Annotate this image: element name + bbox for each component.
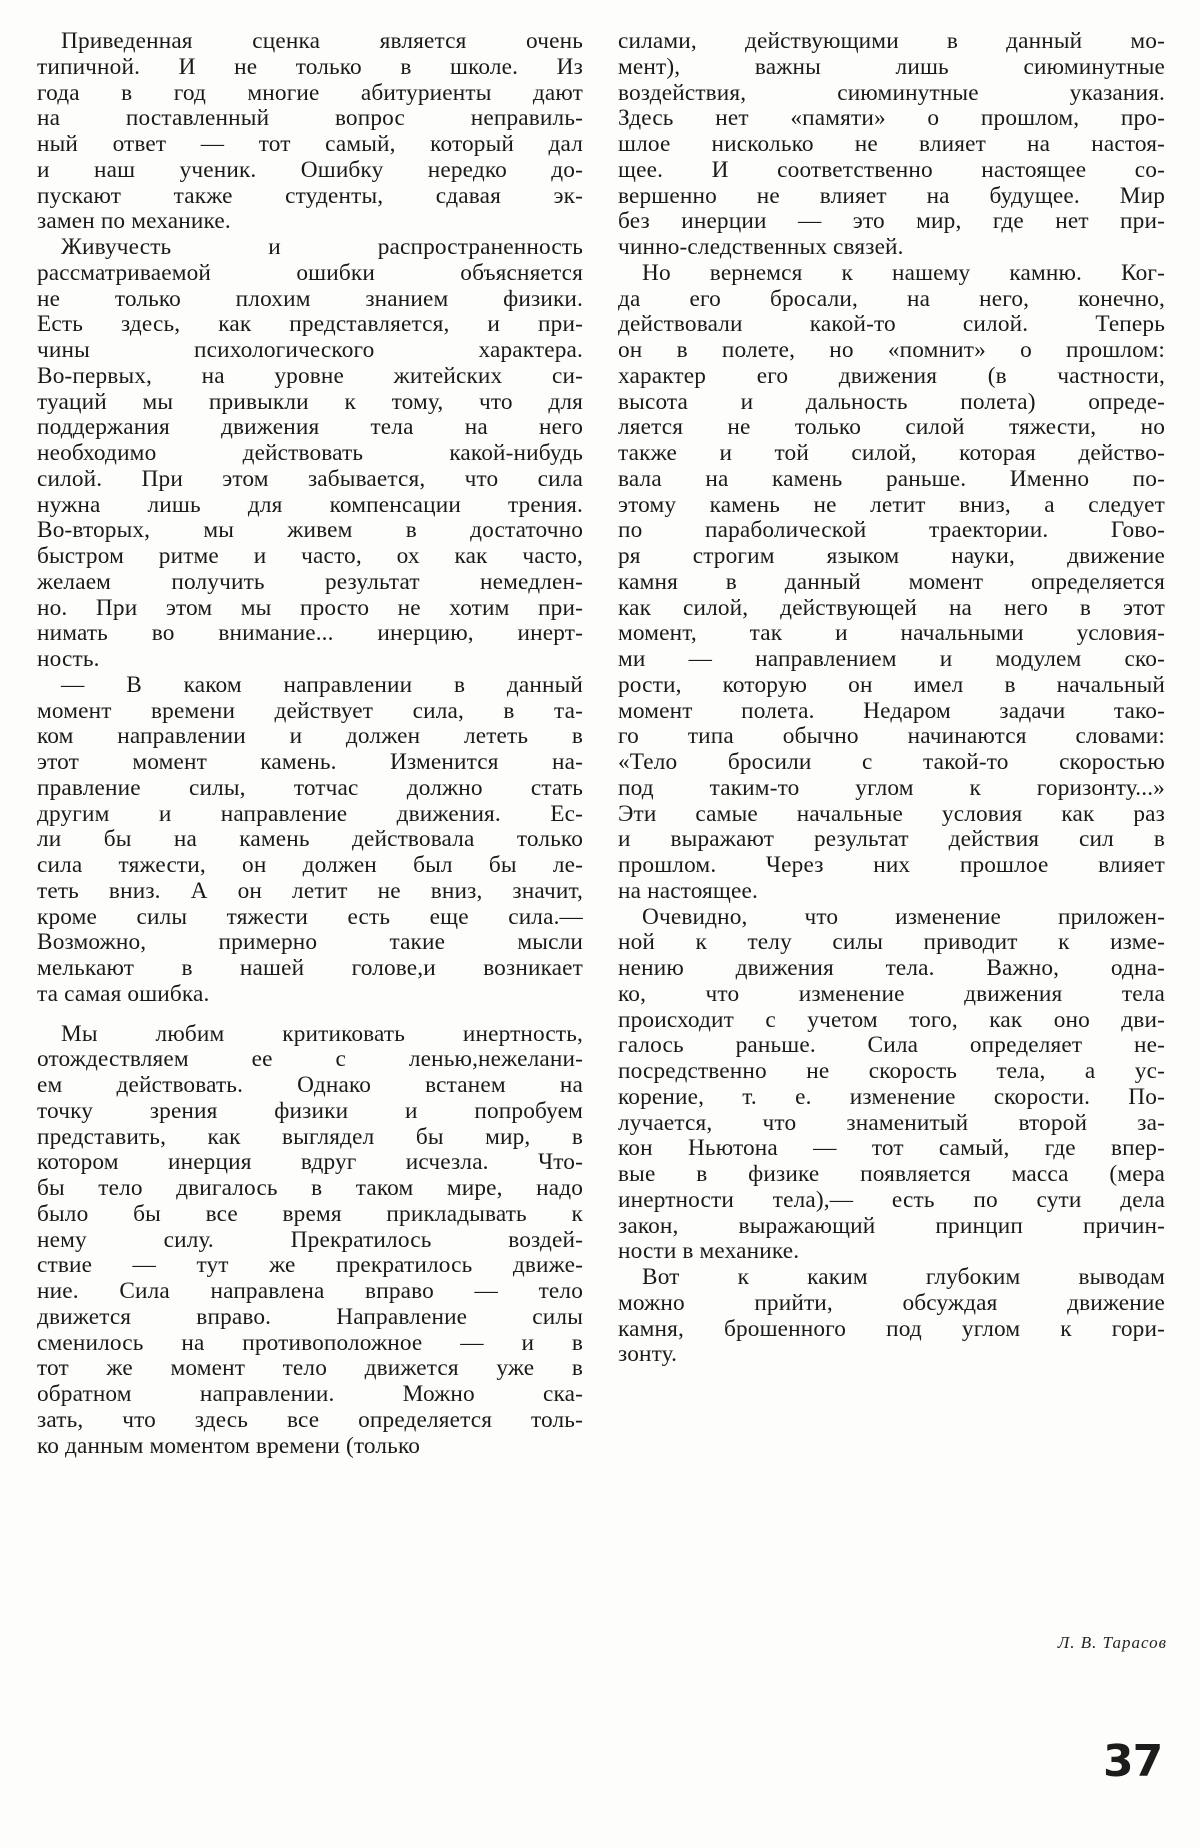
text-line: Вот к каким глубоким выводам — [618, 1265, 1165, 1291]
text-line: вала на камень раньше. Именно по- — [618, 467, 1165, 493]
text-line: этому камень не летит вниз, а следует — [618, 493, 1165, 519]
text-line: ко данным моментом времени (только — [37, 1434, 583, 1460]
text-line: щее. И соответственно настоящее со- — [618, 158, 1165, 184]
text-line: туаций мы привыкли к тому, что для — [37, 390, 583, 416]
text-line: воздействия, сиюминутные указания. — [618, 81, 1165, 107]
text-line: правление силы, тотчас должно стать — [37, 776, 583, 802]
text-line: рассматриваемой ошибки объясняется — [37, 261, 583, 287]
text-line: быстром ритме и часто, ох как часто, — [37, 544, 583, 570]
text-line: под таким-то углом к горизонту...» — [618, 776, 1165, 802]
text-line: Эти самые начальные условия как раз — [618, 802, 1165, 828]
text-line: и наш ученик. Ошибку нередко до- — [37, 158, 583, 184]
paragraph: Но вернемся к нашему камню. Ког-да его б… — [618, 261, 1165, 905]
text-line: высота и дальность полета) опреде- — [618, 390, 1165, 416]
text-line: закон, выражающий принцип причин- — [618, 1214, 1165, 1240]
text-line: другим и направление движения. Ес- — [37, 802, 583, 828]
text-line: и выражают результат действия сил в — [618, 827, 1165, 853]
text-line: вершенно не влияет на будущее. Мир — [618, 184, 1165, 210]
text-line: без инерции — это мир, где нет при- — [618, 209, 1165, 235]
text-line: Но вернемся к нашему камню. Ког- — [618, 261, 1165, 287]
text-line: момент времени действует сила, в та- — [37, 699, 583, 725]
text-line: точку зрения физики и попробуем — [37, 1099, 583, 1125]
paragraph-gap — [37, 1008, 583, 1022]
text-line: как силой, действующей на него в этот — [618, 596, 1165, 622]
text-line: не только плохим знанием физики. — [37, 287, 583, 313]
text-line: нему силу. Прекратилось воздей- — [37, 1228, 583, 1254]
text-line: пускают также студенты, сдавая эк- — [37, 184, 583, 210]
text-line: котором инерция вдруг исчезла. Что- — [37, 1150, 583, 1176]
text-line: сила тяжести, он должен был бы ле- — [37, 853, 583, 879]
text-line: камня, брошенного под углом к гори- — [618, 1317, 1165, 1343]
page-number: 37 — [1103, 1736, 1162, 1787]
text-line: момент, так и начальными условия- — [618, 621, 1165, 647]
paragraph: Мы любим критиковать инертность,отождест… — [37, 1022, 583, 1460]
text-line: он в полете, но «помнит» о прошлом: — [618, 338, 1165, 364]
text-line: сменилось на противоположное — и в — [37, 1331, 583, 1357]
text-line: ной к телу силы приводит к изме- — [618, 930, 1165, 956]
text-line: но. При этом мы просто не хотим при- — [37, 596, 583, 622]
text-line: мелькают в нашей голове,и возникает — [37, 956, 583, 982]
text-line: рости, которую он имел в начальный — [618, 673, 1165, 699]
text-line: ствие — тут же прекратилось движе- — [37, 1253, 583, 1279]
text-line: прошлом. Через них прошлое влияет — [618, 853, 1165, 879]
author-signature: Л. В. Тарасов — [1058, 1633, 1167, 1653]
text-line: ми — направлением и модулем ско- — [618, 647, 1165, 673]
text-line: действовали какой-то силой. Теперь — [618, 312, 1165, 338]
text-line: Во-первых, на уровне житейских си- — [37, 364, 583, 390]
paragraph: — В каком направлении в данныймомент вре… — [37, 673, 583, 1008]
text-line: инертности тела),— есть по сути дела — [618, 1188, 1165, 1214]
left-text-column: Приведенная сценка является оченьтипично… — [37, 29, 583, 1459]
text-line: чины психологического характера. — [37, 338, 583, 364]
text-line: представить, как выглядел бы мир, в — [37, 1125, 583, 1151]
text-line: теть вниз. А он летит не вниз, значит, — [37, 879, 583, 905]
text-line: ность. — [37, 647, 583, 673]
text-line: лучается, что знаменитый второй за- — [618, 1111, 1165, 1137]
text-line: отождествляем ее с ленью,нежелани- — [37, 1047, 583, 1073]
text-line: тот же момент тело движется уже в — [37, 1356, 583, 1382]
paragraph: Очевидно, что изменение приложен-ной к т… — [618, 905, 1165, 1266]
text-line: замен по механике. — [37, 209, 583, 235]
text-line: камня в данный момент определяется — [618, 570, 1165, 596]
text-line: посредственно не скорость тела, а ус- — [618, 1059, 1165, 1085]
text-line: ко, что изменение движения тела — [618, 982, 1165, 1008]
text-line: кроме силы тяжести есть еще сила.— — [37, 905, 583, 931]
text-line: желаем получить результат немедлен- — [37, 570, 583, 596]
text-line: необходимо действовать какой-нибудь — [37, 441, 583, 467]
text-line: на поставленный вопрос неправиль- — [37, 106, 583, 132]
text-line: бы тело двигалось в таком мире, надо — [37, 1176, 583, 1202]
paragraph: силами, действующими в данный мо-мент), … — [618, 29, 1165, 261]
text-line: шлое нисколько не влияет на настоя- — [618, 132, 1165, 158]
text-line: происходит с учетом того, как оно дви- — [618, 1008, 1165, 1034]
text-line: Живучесть и распространенность — [37, 235, 583, 261]
text-line: ком направлении и должен лететь в — [37, 724, 583, 750]
text-line: корение, т. е. изменение скорости. По- — [618, 1085, 1165, 1111]
text-line: мент), важны лишь сиюминутные — [618, 55, 1165, 81]
text-line: можно прийти, обсуждая движение — [618, 1291, 1165, 1317]
text-line: Мы любим критиковать инертность, — [37, 1022, 583, 1048]
paragraph: Вот к каким глубоким выводамможно прийти… — [618, 1265, 1165, 1368]
text-line: этот момент камень. Изменится на- — [37, 750, 583, 776]
text-line: ности в механике. — [618, 1239, 1165, 1265]
right-text-column: силами, действующими в данный мо-мент), … — [618, 29, 1165, 1368]
text-line: Есть здесь, как представляется, и при- — [37, 312, 583, 338]
text-line: зать, что здесь все определяется толь- — [37, 1408, 583, 1434]
text-line: также и той силой, которая действо- — [618, 441, 1165, 467]
book-page: Приведенная сценка является оченьтипично… — [0, 0, 1200, 1847]
text-line: ние. Сила направлена вправо — тело — [37, 1279, 583, 1305]
text-line: чинно-следственных связей. — [618, 235, 1165, 261]
text-line: момент полета. Недаром задачи тако- — [618, 699, 1165, 725]
text-line: кон Ньютона — тот самый, где впер- — [618, 1136, 1165, 1162]
text-line: го типа обычно начинаются словами: — [618, 724, 1165, 750]
text-line: — В каком направлении в данный — [37, 673, 583, 699]
text-line: вые в физике появляется масса (мера — [618, 1162, 1165, 1188]
text-line: зонту. — [618, 1342, 1165, 1368]
text-line: нению движения тела. Важно, одна- — [618, 956, 1165, 982]
text-line: ный ответ — тот самый, который дал — [37, 132, 583, 158]
text-line: по параболической траектории. Гово- — [618, 518, 1165, 544]
text-line: силами, действующими в данный мо- — [618, 29, 1165, 55]
text-line: года в год многие абитуриенты дают — [37, 81, 583, 107]
text-line: галось раньше. Сила определяет не- — [618, 1033, 1165, 1059]
text-line: та самая ошибка. — [37, 982, 583, 1008]
text-line: было бы все время прикладывать к — [37, 1202, 583, 1228]
text-line: характер его движения (в частности, — [618, 364, 1165, 390]
text-line: нимать во внимание... инерцию, инерт- — [37, 621, 583, 647]
text-line: ляется не только силой тяжести, но — [618, 415, 1165, 441]
paragraph: Живучесть и распространенностьрассматрив… — [37, 235, 583, 673]
text-line: силой. При этом забывается, что сила — [37, 467, 583, 493]
text-line: обратном направлении. Можно ска- — [37, 1382, 583, 1408]
text-line: типичной. И не только в школе. Из — [37, 55, 583, 81]
text-line: да его бросали, на него, конечно, — [618, 287, 1165, 313]
text-line: Очевидно, что изменение приложен- — [618, 905, 1165, 931]
text-line: движется вправо. Направление силы — [37, 1305, 583, 1331]
text-line: ря строгим языком науки, движение — [618, 544, 1165, 570]
text-line: нужна лишь для компенсации трения. — [37, 493, 583, 519]
text-line: Здесь нет «памяти» о прошлом, про- — [618, 106, 1165, 132]
paragraph: Приведенная сценка является оченьтипично… — [37, 29, 583, 235]
text-line: ем действовать. Однако встанем на — [37, 1073, 583, 1099]
text-line: поддержания движения тела на него — [37, 415, 583, 441]
text-line: на настоящее. — [618, 879, 1165, 905]
text-line: Во-вторых, мы живем в достаточно — [37, 518, 583, 544]
text-line: Приведенная сценка является очень — [37, 29, 583, 55]
text-line: Возможно, примерно такие мысли — [37, 930, 583, 956]
text-line: «Тело бросили с такой-то скоростью — [618, 750, 1165, 776]
text-line: ли бы на камень действовала только — [37, 827, 583, 853]
